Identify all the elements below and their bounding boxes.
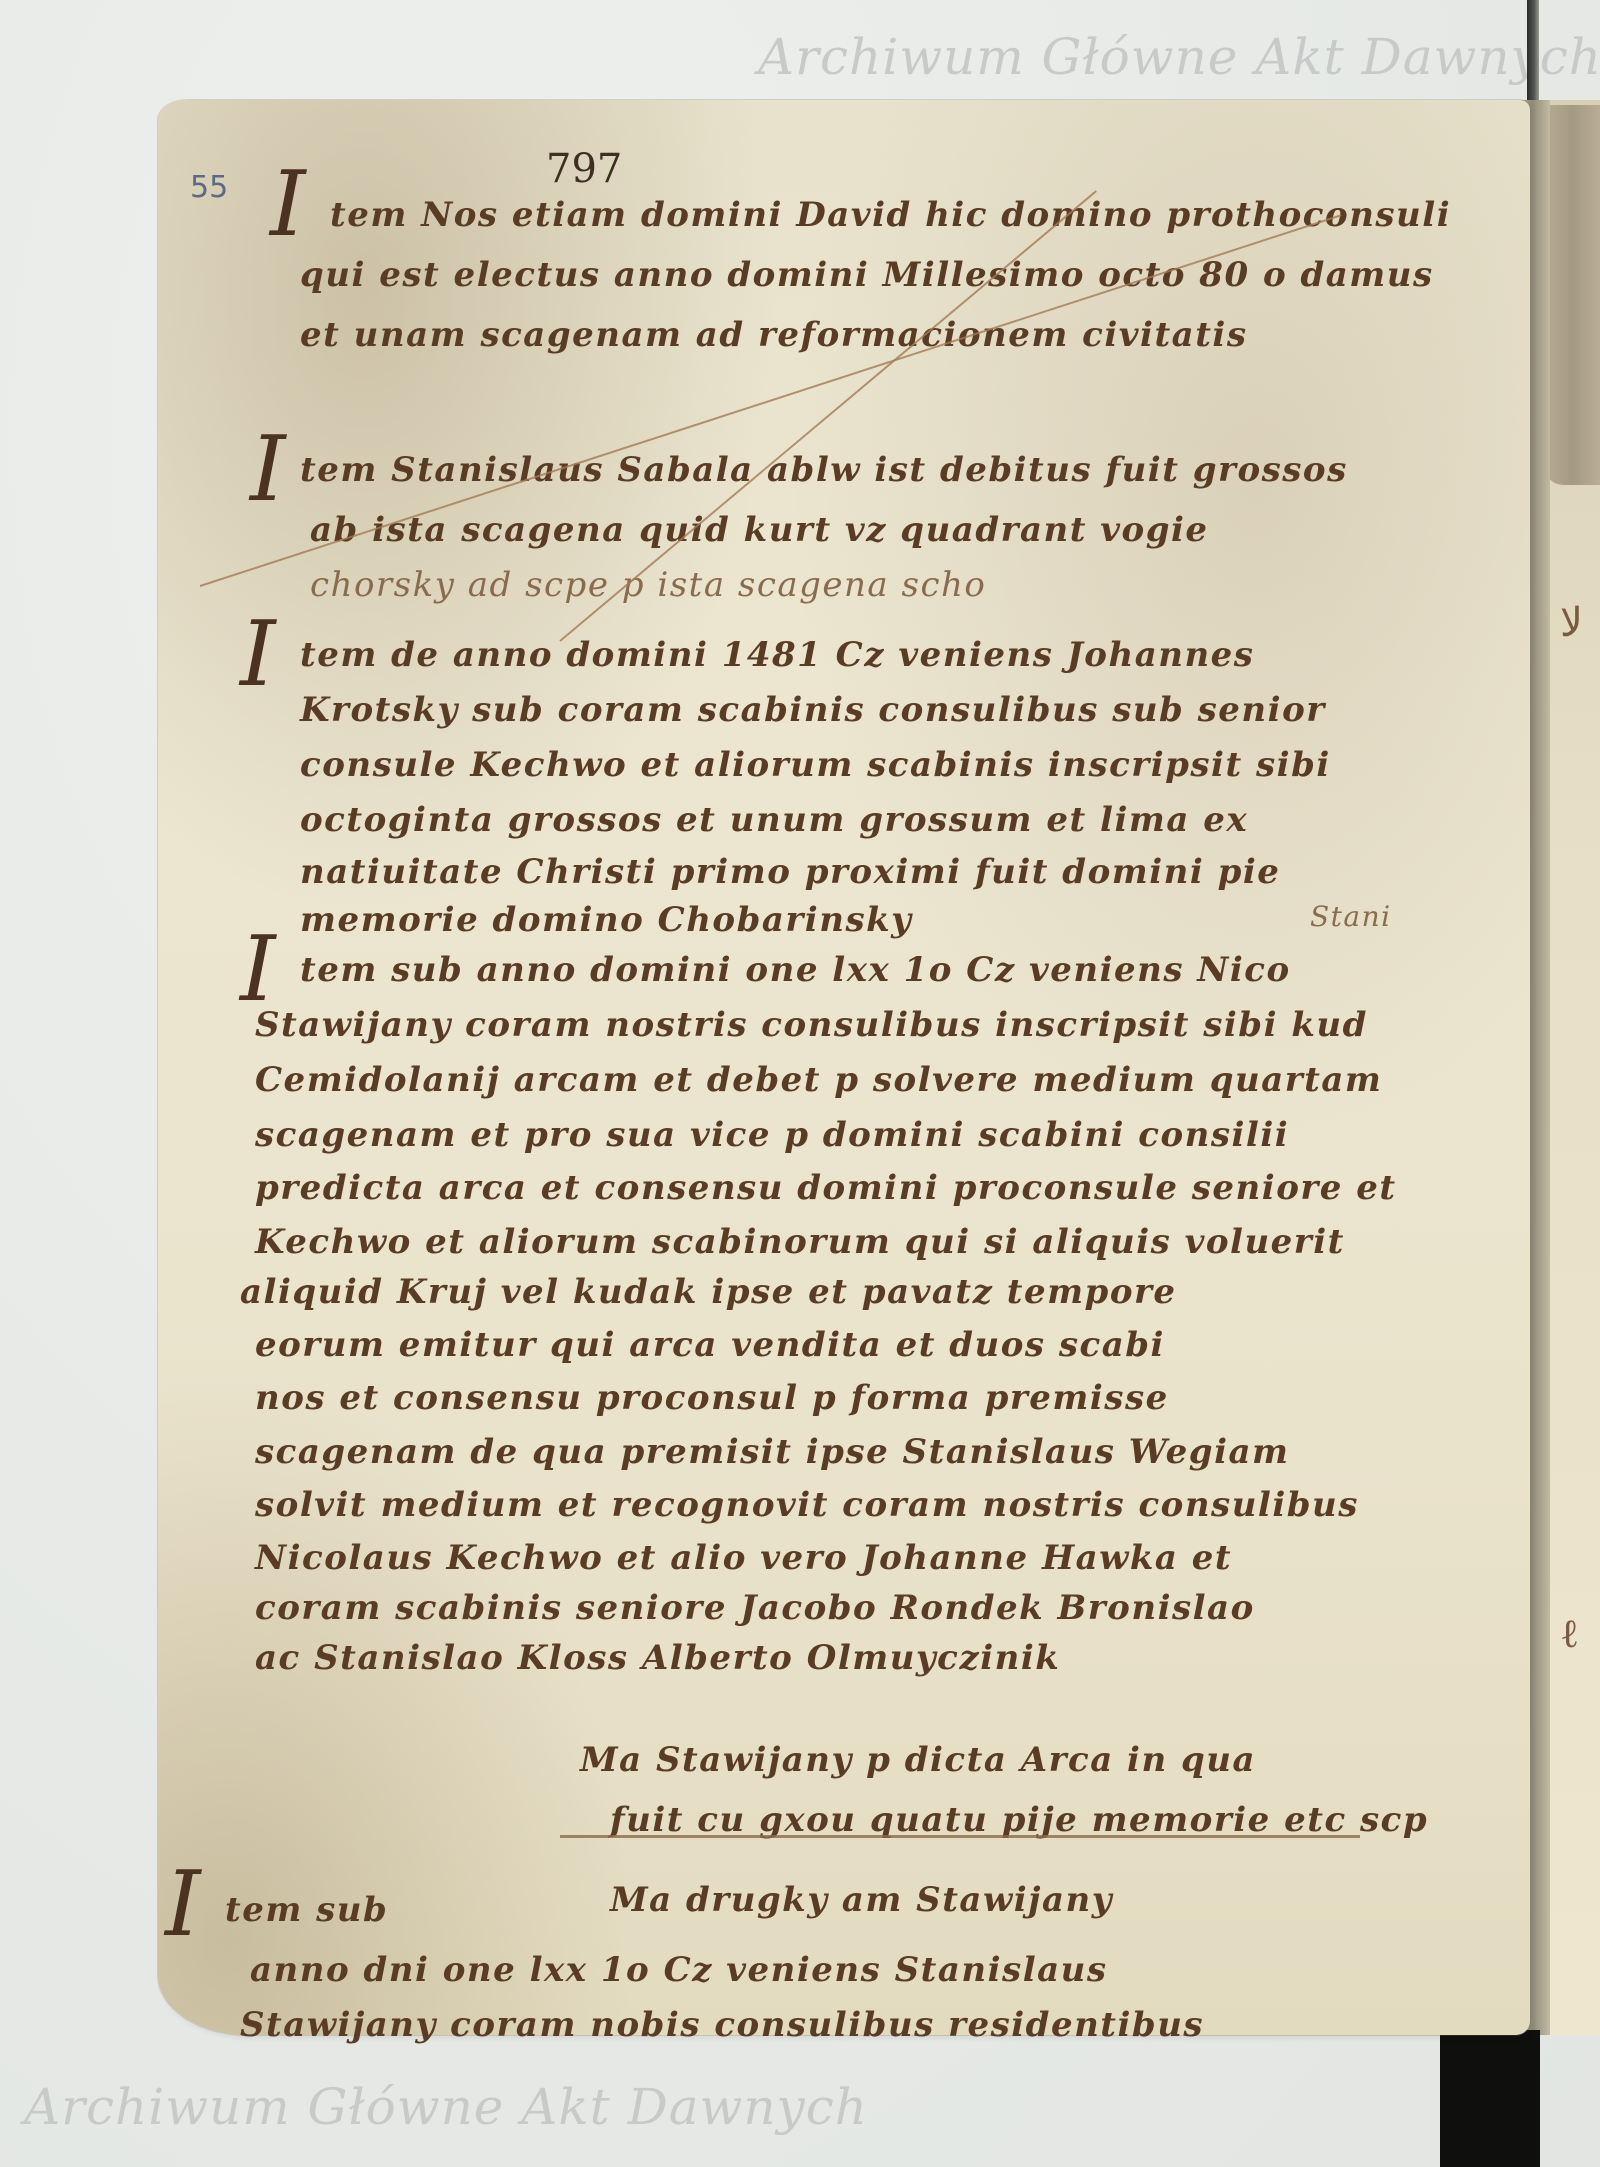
entry-line: consule Kechwo et aliorum scabinis inscr…	[300, 745, 1331, 785]
entry-line: ac Stanislao Kloss Alberto Olmuyczinik	[255, 1638, 1060, 1678]
entry-line: aliquid Kruj vel kudak ipse et pavatz te…	[240, 1272, 1177, 1312]
entry-line: tem de anno domini 1481 Cz veniens Johan…	[300, 635, 1254, 675]
entry-line: Kechwo et aliorum scabinorum qui si aliq…	[255, 1222, 1345, 1262]
entry-line: ab ista scagena quid kurt vz quadrant vo…	[310, 510, 1209, 550]
entry-line: Cemidolanij arcam et debet p solvere med…	[255, 1060, 1382, 1100]
entry-initial: I	[250, 425, 286, 515]
entry-line: coram scabinis seniore Jacobo Rondek Bro…	[255, 1588, 1255, 1628]
entry-initial: I	[165, 1860, 201, 1950]
entry-line: natiuitate Christi primo proximi fuit do…	[300, 852, 1280, 892]
adjacent-page-ink-mark: ﻻ	[1560, 600, 1583, 646]
entry-line: octoginta grossos et unum grossum et lim…	[300, 800, 1248, 840]
entry-line: et unam scagenam ad reformacionem civita…	[300, 315, 1247, 355]
archive-watermark-bottom: Archiwum Główne Akt Dawnych	[24, 2078, 868, 2136]
entry-note-line: Ma Stawijany p dicta Arca in qua	[580, 1740, 1256, 1780]
entry-line: chorsky ad scpe p ista scagena scho	[310, 565, 986, 605]
entry-line: Krotsky sub coram scabinis consulibus su…	[300, 690, 1326, 730]
folio-number-ink: 797	[546, 146, 622, 192]
entry-line: solvit medium et recognovit coram nostri…	[255, 1485, 1359, 1525]
entry-line: scagenam et pro sua vice p domini scabin…	[255, 1115, 1289, 1155]
entry-initial: I	[270, 160, 306, 250]
entry-note-line: fuit cu gxou quatu pije memorie etc scp	[610, 1800, 1428, 1840]
entry-line: predicta arca et consensu domini procons…	[255, 1168, 1397, 1208]
entry-line: tem Nos etiam domini David hic domino pr…	[330, 195, 1451, 235]
entry-line: tem Stanislaus Sabala ablw ist debitus f…	[300, 450, 1348, 490]
adjacent-page-tab	[1545, 105, 1600, 485]
entry-line: Stawijany coram nobis consulibus residen…	[240, 2005, 1204, 2045]
entry-line: qui est electus anno domini Millesimo oc…	[300, 255, 1434, 295]
entry-line: eorum emitur qui arca vendita et duos sc…	[255, 1325, 1165, 1365]
separator-rule	[560, 1835, 1360, 1838]
entry-line: tem sub anno domini one lxx 1o Cz venien…	[300, 950, 1291, 990]
entry-line: Stawijany coram nostris consulibus inscr…	[255, 1005, 1368, 1045]
entry-line: nos et consensu proconsul p forma premis…	[255, 1378, 1169, 1418]
margin-note: Stani	[1310, 900, 1392, 933]
entry-inset-note: Ma drugky am Stawijany	[610, 1880, 1113, 1920]
folio-number-pencil: 55	[190, 170, 228, 205]
entry-line: anno dni one lxx 1o Cz veniens Stanislau…	[250, 1950, 1108, 1990]
backing-strip-bottom	[1440, 2030, 1540, 2167]
entry-line: memorie domino Chobarinsky	[300, 900, 912, 940]
entry-line: tem sub	[225, 1890, 388, 1930]
entry-initial: I	[240, 610, 276, 700]
adjacent-page-ink-mark: ℓ	[1560, 1610, 1579, 1657]
entry-line: Nicolaus Kechwo et alio vero Johanne Haw…	[255, 1538, 1232, 1578]
entry-initial: I	[240, 925, 276, 1015]
entry-line: scagenam de qua premisit ipse Stanislaus…	[255, 1432, 1290, 1472]
archive-watermark-top: Archiwum Główne Akt Dawnych	[758, 28, 1600, 86]
backing-strip-top	[1527, 0, 1539, 110]
